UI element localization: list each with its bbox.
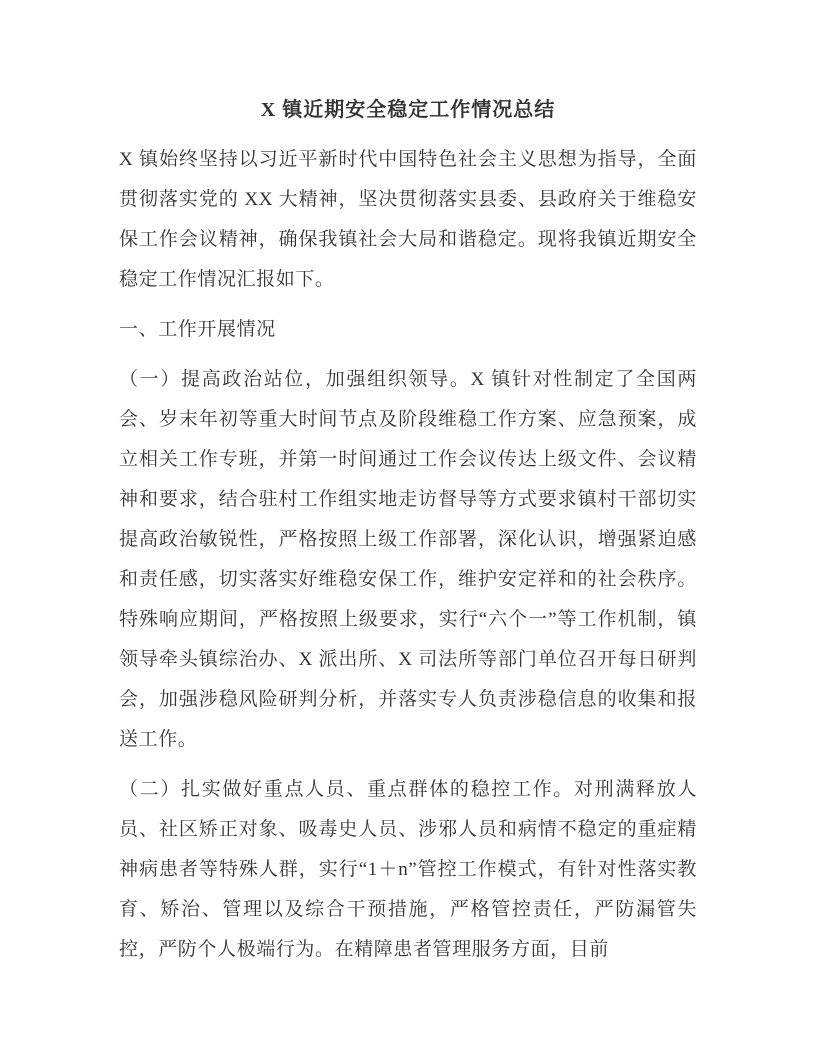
document-page: X 镇近期安全稳定工作情况总结 X 镇始终坚持以习近平新时代中国特色社会主义思想… <box>0 0 816 1056</box>
document-title: X 镇近期安全稳定工作情况总结 <box>119 90 697 130</box>
section-heading: 一、工作开展情况 <box>119 310 697 350</box>
document-body: X 镇始终坚持以习近平新时代中国特色社会主义思想为指导，全面贯彻落实党的 XX … <box>119 140 697 970</box>
body-paragraph: X 镇始终坚持以习近平新时代中国特色社会主义思想为指导，全面贯彻落实党的 XX … <box>119 140 697 300</box>
body-paragraph: （一）提高政治站位，加强组织领导。X 镇针对性制定了全国两会、岁末年初等重大时间… <box>119 360 697 760</box>
body-paragraph: （二）扎实做好重点人员、重点群体的稳控工作。对刑满释放人员、社区矫正对象、吸毒史… <box>119 770 697 970</box>
